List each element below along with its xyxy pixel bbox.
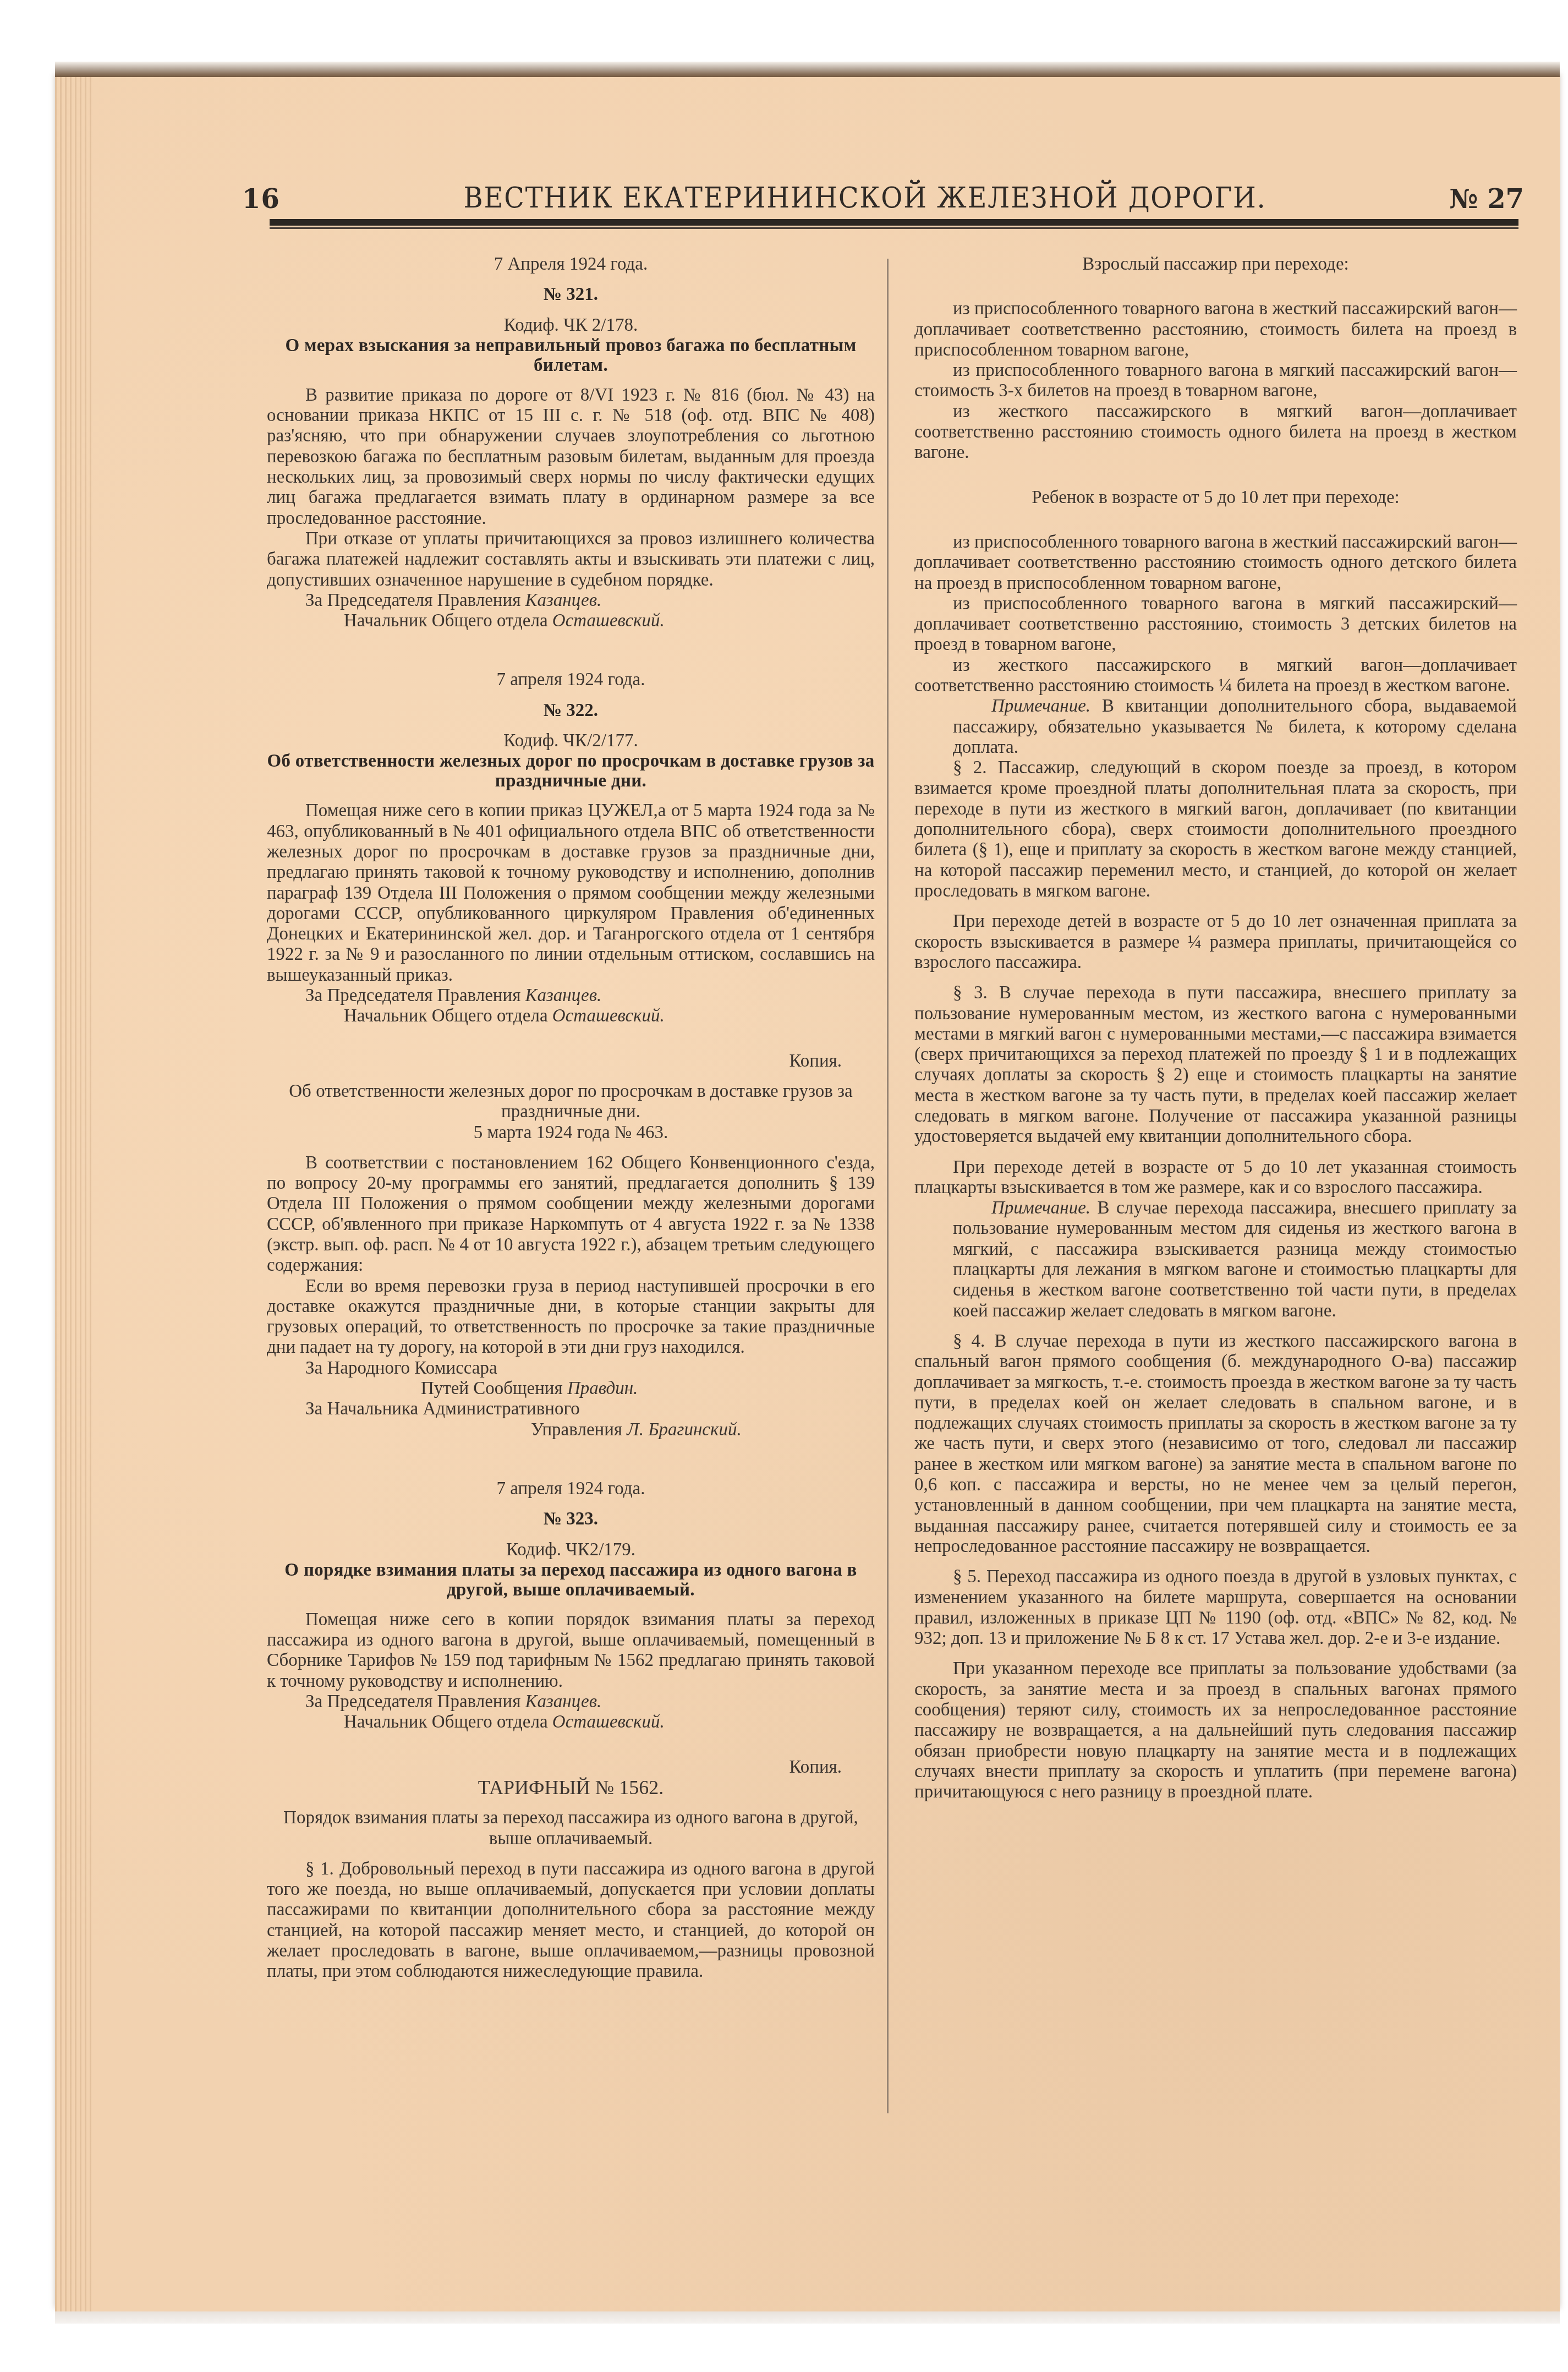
order-title: О мерах взыскания за неправильный провоз… (267, 336, 875, 375)
child-rule: из приспособленного товарного вагона в м… (914, 594, 1517, 655)
right-column: Взрослый пассажир при переходе: из присп… (914, 254, 1517, 1802)
child-rule: из приспособленного товарного вагона в ж… (914, 532, 1517, 594)
issue-number: № 27 (1449, 184, 1524, 215)
scan-shadow-bottom (55, 2311, 1560, 2324)
signatory-name: Осташевский. (552, 1006, 665, 1026)
signatory-name: Л. Брагинский. (627, 1420, 741, 1440)
column-divider (887, 259, 889, 2113)
order-paragraph: В развитие приказа по дороге от 8/VI 192… (267, 385, 875, 529)
header-rule-thick (270, 219, 1518, 226)
order-codif: Кодиф. ЧК/2/177. (267, 731, 875, 751)
note-2: Примечание. В случае перехода пассажира,… (914, 1198, 1517, 1321)
signature-chairman: За Председателя Правления Казанцев. (267, 1692, 875, 1712)
order-date: 7 Апреля 1924 года. (267, 254, 875, 275)
section-5-closing: При указанном переходе все приплаты за п… (914, 1659, 1517, 1802)
section-5: § 5. Переход пассажира из одного поезда … (914, 1567, 1517, 1649)
signature-chairman: За Председателя Правления Казанцев. (267, 591, 875, 611)
copy-label: Копия. (267, 1051, 875, 1072)
signature-general-dept: Начальник Общего отдела Осташевский. (267, 1712, 875, 1732)
signatory-name: Осташевский. (552, 1712, 665, 1732)
copy-label: Копия. (267, 1757, 875, 1778)
page-binding-edge (55, 77, 94, 2311)
signatory-name: Осташевский. (552, 611, 665, 631)
order-title: Об ответственности железных дорог по про… (267, 751, 875, 791)
adult-rule: из жесткого пассажирского в мягкий вагон… (914, 402, 1517, 463)
running-header: 16 ВЕСТНИК ЕКАТЕРИНИНСКОЙ ЖЕЛЕЗНОЙ ДОРОГ… (242, 182, 1524, 215)
order-paragraph: Помещая ниже сего в копии порядок взиман… (267, 1610, 875, 1692)
order-codif: Кодиф. ЧК 2/178. (267, 315, 875, 336)
section-2-children: При переходе детей в возрасте от 5 до 10… (914, 911, 1517, 973)
tariff-section-1: § 1. Добровольный переход в пути пассажи… (267, 1859, 875, 1982)
order-number: № 322. (267, 701, 875, 721)
adult-rule: из приспособленного товарного вагона в ж… (914, 299, 1517, 360)
signature-admin-line2: Управления Л. Брагинский. (267, 1420, 875, 1440)
order-323: 7 апреля 1924 года. № 323. Кодиф. ЧК2/17… (267, 1479, 875, 1982)
signature-admin: За Начальника Административного (267, 1399, 875, 1419)
order-codif: Кодиф. ЧК2/179. (267, 1540, 875, 1560)
order-date: 7 апреля 1924 года. (267, 1479, 875, 1499)
signature-general-dept: Начальник Общего отдела Осташевский. (267, 611, 875, 631)
copy-title: Об ответственности железных дорог по про… (267, 1081, 875, 1123)
order-321: 7 Апреля 1924 года. № 321. Кодиф. ЧК 2/1… (267, 254, 875, 631)
copy-paragraph: В соответствии с постановлением 162 Обще… (267, 1153, 875, 1276)
note-label: Примечание. (991, 696, 1090, 716)
adult-heading: Взрослый пассажир при переходе: (914, 254, 1517, 275)
signature-chairman: За Председателя Правления Казанцев. (267, 986, 875, 1006)
child-rule: из жесткого пассажирского в мягкий вагон… (914, 655, 1517, 697)
copy-date: 5 марта 1924 года № 463. (267, 1123, 875, 1143)
copy-paragraph: Если во время перевозки груза в период н… (267, 1276, 875, 1358)
section-3-children: При переходе детей в возрасте от 5 до 10… (914, 1157, 1517, 1199)
section-4: § 4. В случае перехода в пути из жестког… (914, 1331, 1517, 1557)
order-date: 7 апреля 1924 года. (267, 670, 875, 690)
order-number: № 321. (267, 285, 875, 305)
header-rule-thin (270, 227, 1518, 229)
journal-title: ВЕСТНИК ЕКАТЕРИНИНСКОЙ ЖЕЛЕЗНОЙ ДОРОГИ. (463, 182, 1266, 215)
signatory-name: Правдин. (567, 1379, 638, 1398)
section-2: § 2. Пассажир, следующий в скором поезде… (914, 758, 1517, 901)
child-heading: Ребенок в возрасте от 5 до 10 лет при пе… (914, 488, 1517, 508)
scan-shadow-top (55, 62, 1560, 78)
order-number: № 323. (267, 1509, 875, 1529)
tariff-title: ТАРИФНЫЙ № 1562. (267, 1778, 875, 1798)
signature-commissar-line2: Путей Сообщения Правдин. (267, 1379, 875, 1399)
signature-general-dept: Начальник Общего отдела Осташевский. (267, 1006, 875, 1026)
adult-rule: из приспособленного товарного вагона в м… (914, 360, 1517, 402)
tariff-subtitle: Порядок взимания платы за переход пассаж… (267, 1808, 875, 1849)
order-paragraph: При отказе от уплаты причитающихся за пр… (267, 529, 875, 591)
order-title: О порядке взимания платы за переход пасс… (267, 1560, 875, 1600)
left-column: 7 Апреля 1924 года. № 321. Кодиф. ЧК 2/1… (267, 254, 875, 1982)
signatory-name: Казанцев. (525, 1692, 602, 1712)
order-322: 7 апреля 1924 года. № 322. Кодиф. ЧК/2/1… (267, 670, 875, 1440)
signatory-name: Казанцев. (525, 986, 602, 1005)
page-number: 16 (242, 184, 280, 215)
signatory-name: Казанцев. (525, 591, 602, 610)
note-1: Примечание. В квитанции дополнительного … (914, 696, 1517, 758)
order-paragraph: Помещая ниже сего в копии приказ ЦУЖЕЛ,а… (267, 801, 875, 986)
section-3: § 3. В случае перехода в пути пассажира,… (914, 983, 1517, 1147)
signature-commissar: За Народного Комиссара (267, 1358, 875, 1379)
note-label: Примечание. (991, 1198, 1090, 1218)
